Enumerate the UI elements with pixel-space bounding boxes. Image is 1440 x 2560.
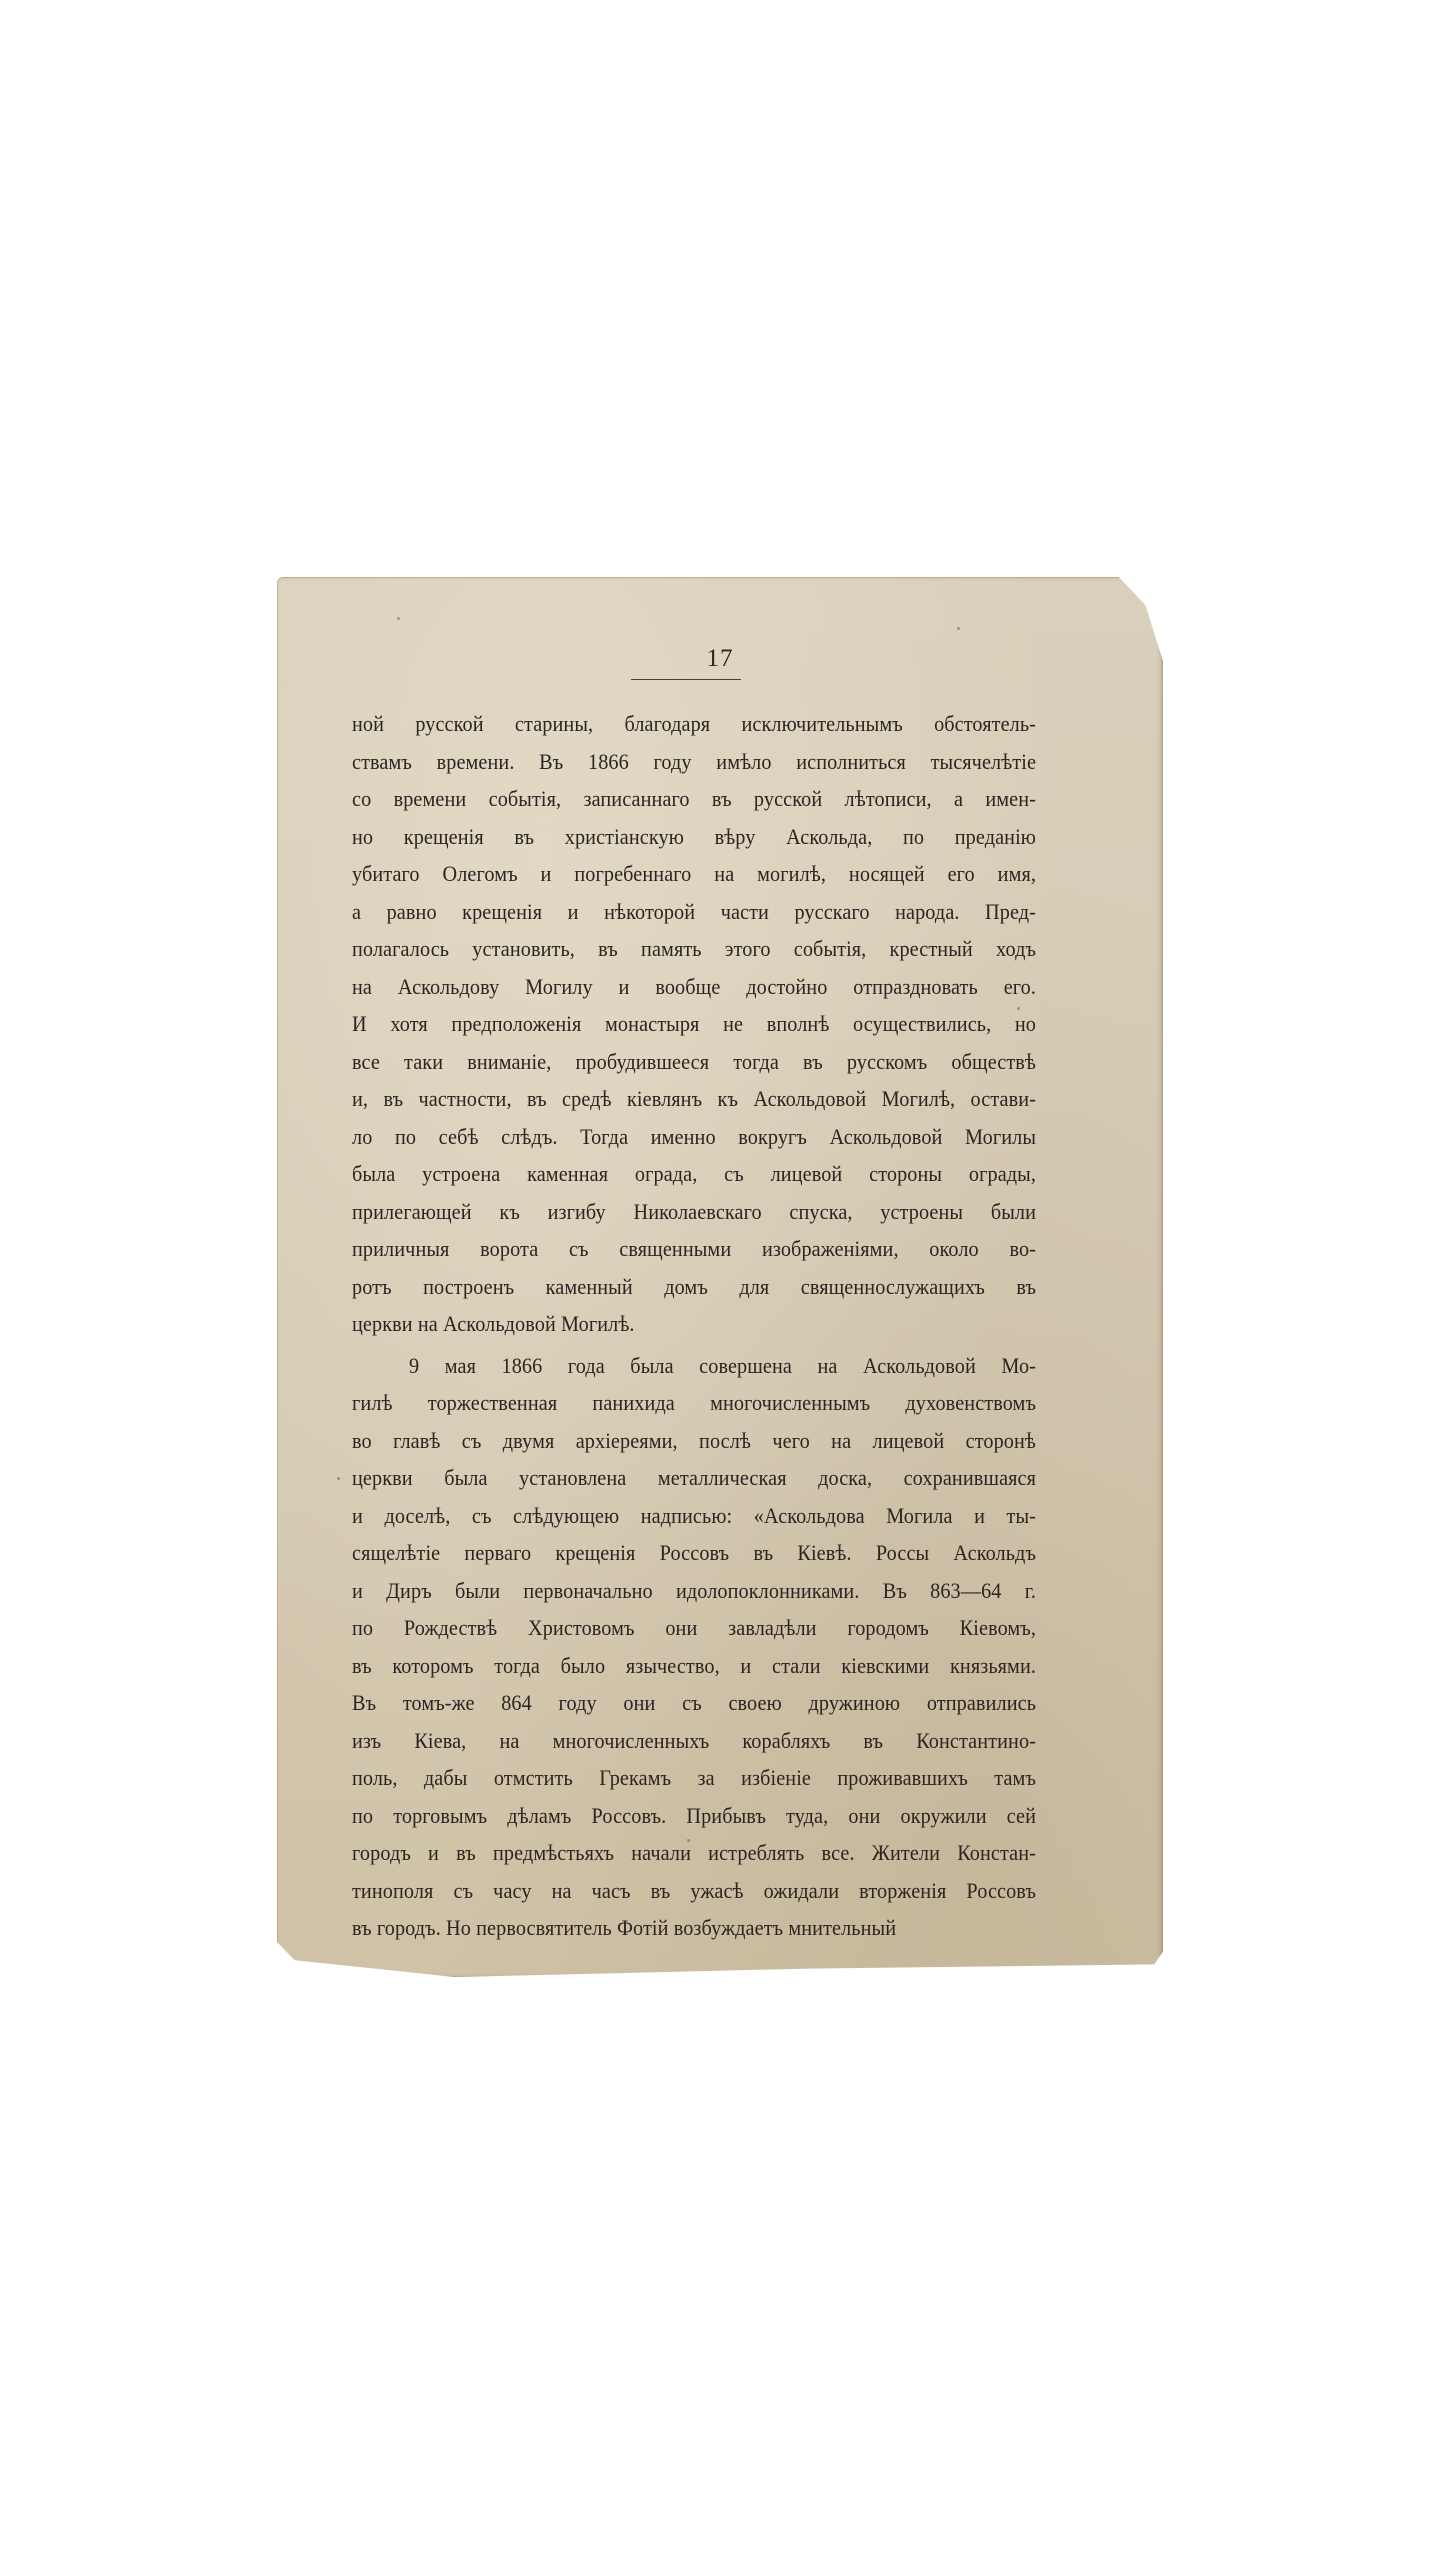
paragraph: ной русской старины, благодаря исключите… bbox=[352, 705, 1036, 1343]
text-line: ло по себѣ слѣдъ. Тогда именно вокругъ А… bbox=[352, 1118, 1036, 1156]
text-line: на Аскольдову Могилу и вообще достойно о… bbox=[352, 968, 1036, 1006]
page-number-rule bbox=[631, 679, 741, 680]
text-line: и, въ частности, въ средѣ кіевлянъ къ Ас… bbox=[352, 1080, 1036, 1118]
text-line: но крещенія въ христіанскую вѣру Аскольд… bbox=[352, 818, 1036, 856]
book-page: 17 ной русской старины, благодаря исключ… bbox=[277, 577, 1163, 1977]
text-line: изъ Кіева, на многочисленныхъ корабляхъ … bbox=[352, 1722, 1036, 1760]
text-line: ной русской старины, благодаря исключите… bbox=[352, 705, 1036, 743]
text-line: Въ томъ-же 864 году они съ своею дружино… bbox=[352, 1684, 1036, 1722]
text-line: убитаго Олегомъ и погребеннаго на могилѣ… bbox=[352, 855, 1036, 893]
text-line: церкви на Аскольдовой Могилѣ. bbox=[352, 1305, 1036, 1343]
text-line: по Рождествѣ Христовомъ они завладѣли го… bbox=[352, 1609, 1036, 1647]
text-line: сящелѣтіе перваго крещенія Россовъ въ Кі… bbox=[352, 1534, 1036, 1572]
text-line: все таки вниманіе, пробудившееся тогда в… bbox=[352, 1043, 1036, 1081]
text-line: церкви была установлена металлическая до… bbox=[352, 1459, 1036, 1497]
text-line: тинополя съ часу на часъ въ ужасѣ ожидал… bbox=[352, 1872, 1036, 1910]
text-line: во главѣ съ двумя архіереями, послѣ чего… bbox=[352, 1422, 1036, 1460]
paper-speck bbox=[337, 1477, 340, 1480]
text-line: приличныя ворота съ священными изображен… bbox=[352, 1230, 1036, 1268]
paper-speck bbox=[957, 627, 960, 630]
body-text: ной русской старины, благодаря исключите… bbox=[352, 705, 1036, 1947]
paper-speck bbox=[397, 617, 400, 620]
paper-speck bbox=[687, 1839, 690, 1842]
text-line: и доселѣ, съ слѣдующею надписью: «Асколь… bbox=[352, 1497, 1036, 1535]
text-line: и Диръ были первоначально идолопоклонник… bbox=[352, 1572, 1036, 1610]
text-line: поль, дабы отмстить Грекамъ за избіеніе … bbox=[352, 1759, 1036, 1797]
paper-speck bbox=[1017, 1007, 1020, 1010]
text-line: И хотя предположенія монастыря не вполнѣ… bbox=[352, 1005, 1036, 1043]
text-line: со времени событія, записаннаго въ русск… bbox=[352, 780, 1036, 818]
text-line: прилегающей къ изгибу Николаевскаго спус… bbox=[352, 1193, 1036, 1231]
text-line: 9 мая 1866 года была совершена на Асколь… bbox=[352, 1347, 1036, 1385]
text-line: по торговымъ дѣламъ Россовъ. Прибывъ туд… bbox=[352, 1797, 1036, 1835]
paragraph: 9 мая 1866 года была совершена на Асколь… bbox=[352, 1347, 1036, 1947]
page-number: 17 bbox=[277, 645, 1163, 673]
text-line: ротъ построенъ каменный домъ для священн… bbox=[352, 1268, 1036, 1306]
text-line: а равно крещенія и нѣкоторой части русск… bbox=[352, 893, 1036, 931]
text-line: въ городъ. Но первосвятитель Фотій возбу… bbox=[352, 1909, 1036, 1947]
text-line: была устроена каменная ограда, съ лицево… bbox=[352, 1155, 1036, 1193]
text-line: полагалось установить, въ память этого с… bbox=[352, 930, 1036, 968]
text-line: гилѣ торжественная панихида многочисленн… bbox=[352, 1384, 1036, 1422]
text-line: городъ и въ предмѣстьяхъ начали истребля… bbox=[352, 1834, 1036, 1872]
text-line: въ которомъ тогда было язычество, и стал… bbox=[352, 1647, 1036, 1685]
text-line: ствамъ времени. Въ 1866 году имѣло испол… bbox=[352, 743, 1036, 781]
